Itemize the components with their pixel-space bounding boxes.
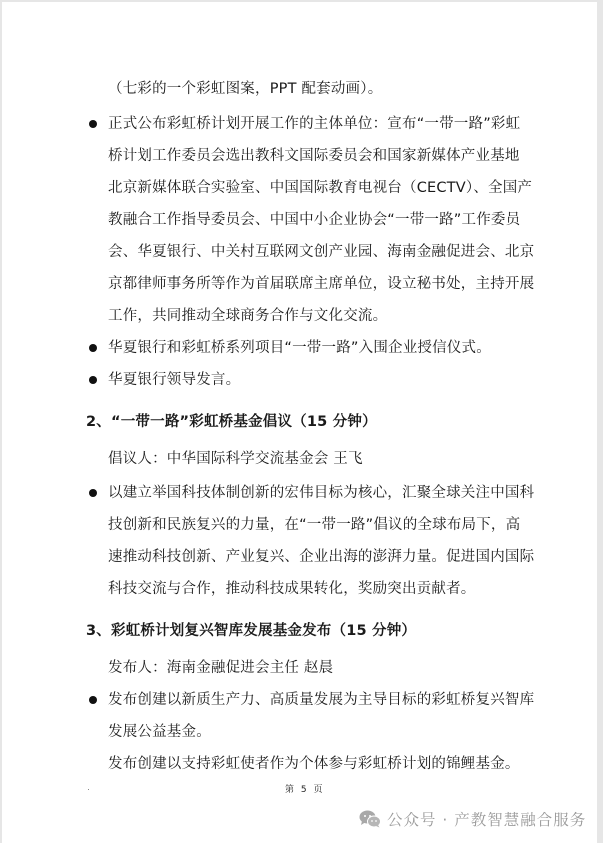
text-line: 发布创建以支持彩虹使者作为个体参与彩虹桥计划的锦鲤基金。 <box>108 755 520 773</box>
bullet-icon <box>89 344 97 352</box>
text-line: 发展公益基金。 <box>108 723 211 741</box>
bullet-icon <box>89 696 97 704</box>
text-line: 京都律师事务所等作为首届联席主席单位，设立秘书处，主持开展 <box>108 275 534 293</box>
text-line: 科技交流与合作，推动科技成果转化，奖励突出贡献者。 <box>108 580 476 598</box>
bullet-icon <box>89 376 97 384</box>
text-line: 会、华夏银行、中关村互联网文创产业园、海南金融促进会、北京 <box>108 243 534 261</box>
text-line: 教融合工作指导委员会、中国中小企业协会“一带一路”工作委员 <box>108 211 520 229</box>
section-heading: 3、彩虹桥计划复兴智库发展基金发布（15 分钟） <box>86 622 416 640</box>
watermark-text: 公众号 · 产教智慧融合服务 <box>387 808 586 830</box>
document-page: （七彩的一个彩虹图案，PPT 配套动画）。 正式公布彩虹桥计划开展工作的主体单位… <box>2 2 597 843</box>
watermark: 公众号 · 产教智慧融合服务 <box>359 808 586 830</box>
page-number: 第 5 页 <box>285 782 324 795</box>
bullet-icon <box>89 489 97 497</box>
text-line: 正式公布彩虹桥计划开展工作的主体单位：宣布“一带一路”彩虹 <box>108 115 520 133</box>
bullet-icon <box>89 120 97 128</box>
text-line: 华夏银行领导发言。 <box>108 371 240 389</box>
text-line: 以建立举国科技体制创新的宏伟目标为核心，汇聚全球关注中国科 <box>108 484 534 502</box>
text-line: 发布创建以新质生产力、高质量发展为主导目标的彩虹桥复兴智库 <box>108 691 534 709</box>
text-line: 华夏银行和彩虹桥系列项目“一带一路”入围企业授信仪式。 <box>108 339 491 357</box>
text-line: 速推动科技创新、产业复兴、企业出海的澎湃力量。促进国内国际 <box>108 548 534 566</box>
text-line: 桥计划工作委员会选出教科文国际委员会和国家新媒体产业基地 <box>108 147 520 165</box>
text-line: 倡议人：中华国际科学交流基金会 王飞 <box>108 450 363 468</box>
text-line: 技创新和民族复兴的力量，在“一带一路”倡议的全球布局下，高 <box>108 516 520 534</box>
wechat-icon <box>359 810 381 828</box>
text-line: 工作，共同推动全球商务合作与文化交流。 <box>108 307 387 325</box>
text-line: 发布人：海南金融促进会主任 赵晨 <box>108 659 333 677</box>
text-line: （七彩的一个彩虹图案，PPT 配套动画）。 <box>108 80 382 98</box>
text-line: 北京新媒体联合实验室、中国国际教育电视台（CECTV）、全国产 <box>108 179 532 197</box>
section-heading: 2、“一带一路”彩虹桥基金倡议（15 分钟） <box>86 413 377 431</box>
page-mark <box>88 789 89 790</box>
